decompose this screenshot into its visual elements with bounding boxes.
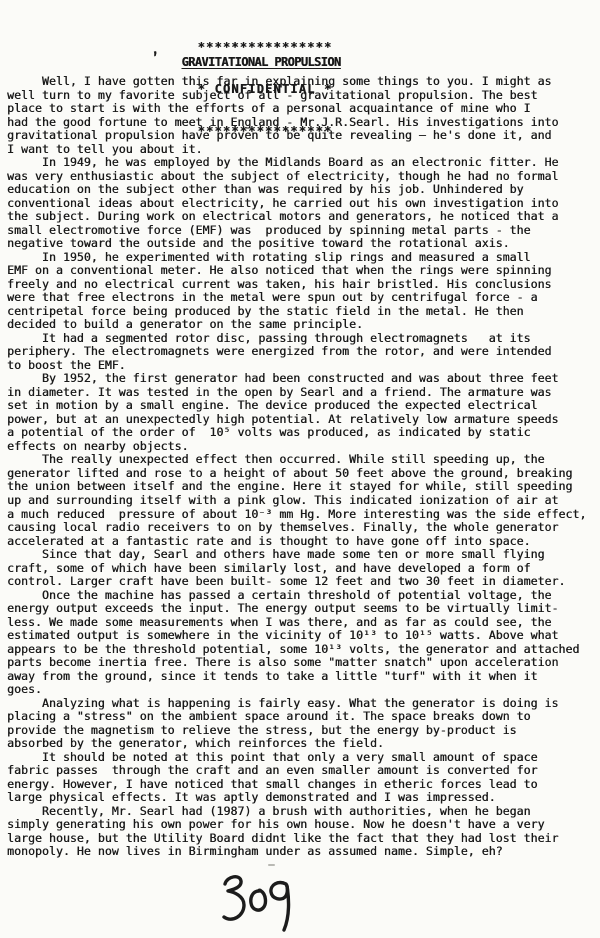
handwritten-page-number: 309 (218, 872, 298, 936)
document-title: GRAVITATIONAL PROPULSION (0, 55, 522, 69)
paragraph: Well, I have gotten this far in explaini… (7, 75, 599, 156)
paragraph: In 1949, he was employed by the Midlands… (7, 156, 599, 251)
scan-smudge (268, 864, 275, 866)
page-number-strokes (218, 872, 298, 936)
document-page: , **************** * CONFIDENTIAL * ****… (0, 0, 600, 938)
paragraph: The really unexpected effect then occurr… (7, 453, 599, 548)
paragraph: Analyzing what is happening is fairly ea… (7, 697, 599, 751)
banner-top-border: **************** (0, 40, 530, 54)
paragraph: Once the machine has passed a certain th… (7, 589, 599, 697)
paragraph: Recently, Mr. Searl had (1987) a brush w… (7, 805, 599, 859)
paragraph: By 1952, the first generator had been co… (7, 372, 599, 453)
paragraph: It should be noted at this point that on… (7, 751, 599, 805)
paragraph: In 1950, he experimented with rotating s… (7, 251, 599, 332)
paragraph: Since that day, Searl and others have ma… (7, 548, 599, 589)
paragraph: It had a segmented rotor disc, passing t… (7, 332, 599, 373)
document-body: Well, I have gotten this far in explaini… (7, 75, 599, 859)
